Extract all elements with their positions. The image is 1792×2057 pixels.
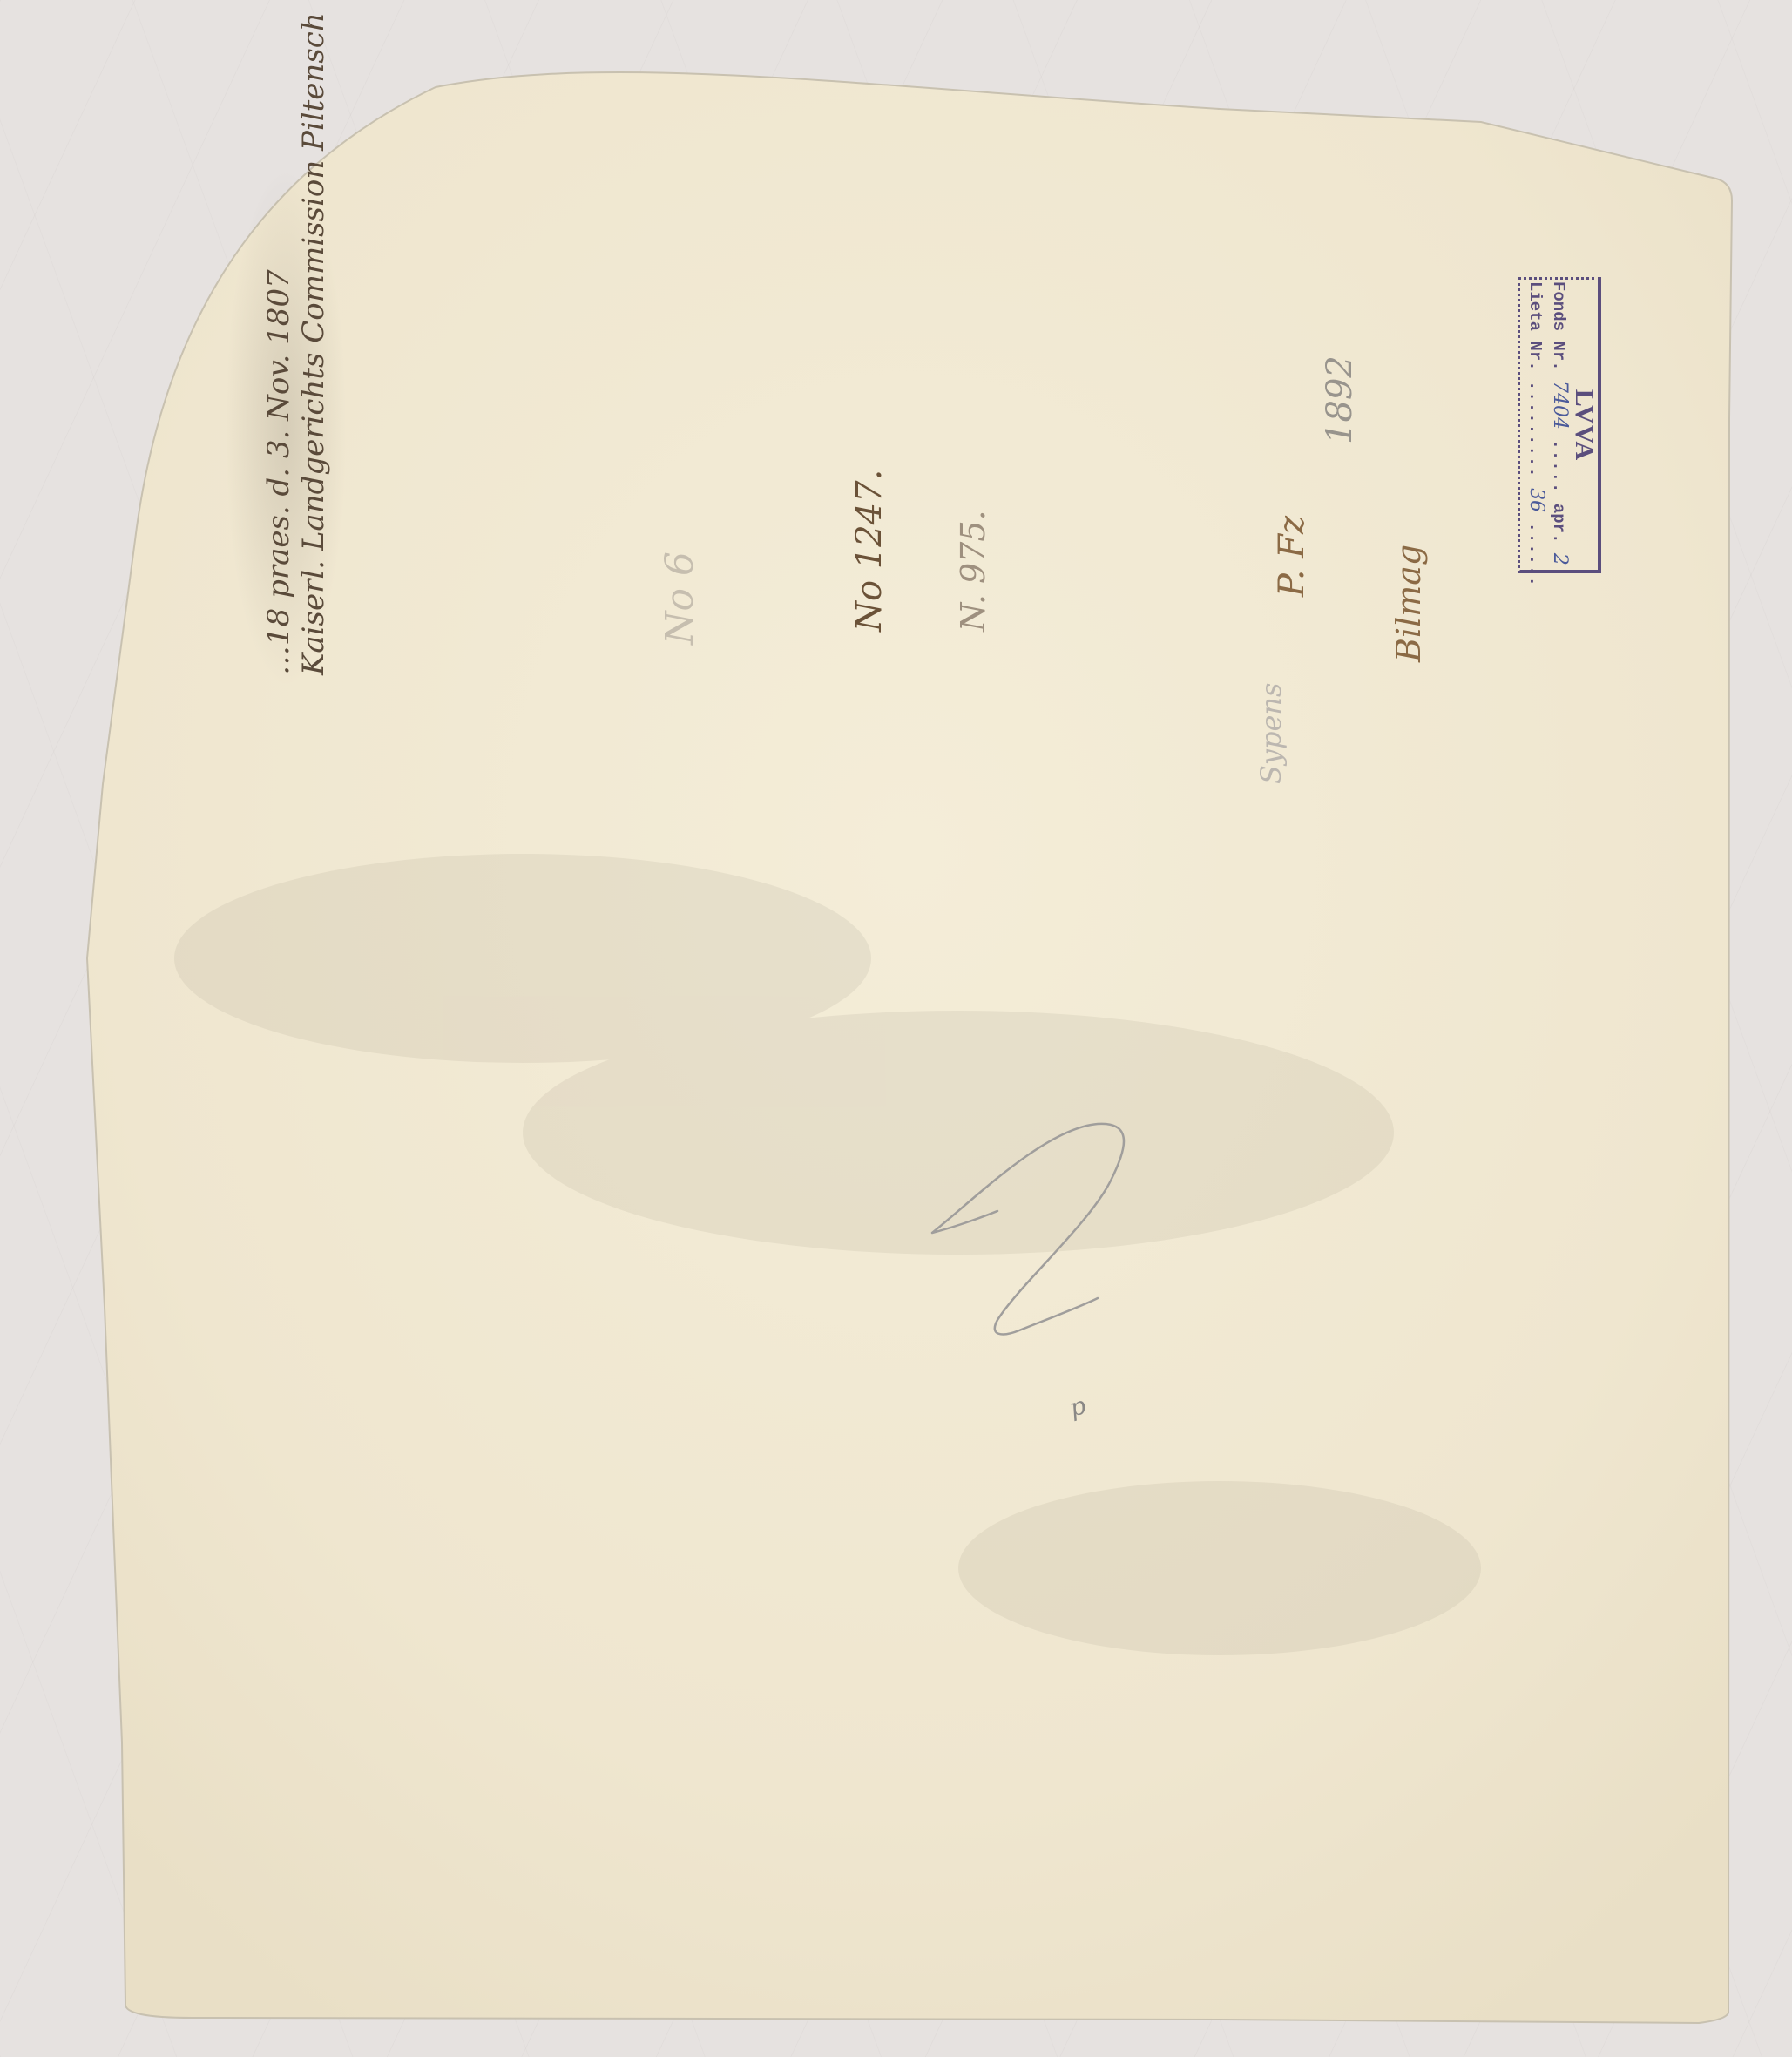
document-number-secondary: N. 975.: [954, 510, 992, 632]
ink-name-note: Bilmag: [1390, 545, 1428, 662]
stamp-archive-name: LVVA: [1571, 281, 1597, 569]
stamp-apr-value: 2: [1549, 552, 1571, 565]
annotations-layer: …18 praes. d. 3. Nov. 1807 Kaiserl. Land…: [0, 0, 1792, 2057]
stamp-apr-label: apr.: [1549, 503, 1568, 543]
stamp-lieta-value: 36: [1525, 488, 1547, 512]
stamp-dots: .........: [1525, 381, 1545, 478]
faint-number: No 6: [658, 551, 702, 645]
pencil-numeral-2-icon: [923, 1102, 1133, 1346]
stamp-lieta-label: Lieta Nr.: [1525, 281, 1545, 371]
pencil-small-mark: p: [1066, 1391, 1089, 1423]
pencil-year-note: 1892: [1320, 355, 1360, 444]
stamp-fonds-value: 7404: [1549, 381, 1571, 430]
stamp-dots: ......: [1525, 522, 1545, 586]
left-note-line-1: …18 praes. d. 3. Nov. 1807: [261, 12, 296, 675]
archive-stamp: LVVA Fonds Nr. 7404 ..... apr. 2 Lieta N…: [1518, 277, 1601, 573]
stamp-fonds-label: Fonds Nr.: [1549, 281, 1568, 371]
stamp-lieta-line: Lieta Nr. ......... 36 ......: [1524, 281, 1547, 569]
document-number-primary: No 1247.: [849, 470, 889, 632]
stamp-content: LVVA Fonds Nr. 7404 ..... apr. 2 Lieta N…: [1522, 281, 1597, 569]
stamp-dots: .....: [1549, 439, 1568, 493]
stamp-fonds-line: Fonds Nr. 7404 ..... apr. 2: [1547, 281, 1571, 569]
left-note-line-2: Kaiserl. Landgerichts Commission Piltens…: [296, 12, 331, 675]
left-margin-note: …18 praes. d. 3. Nov. 1807 Kaiserl. Land…: [261, 12, 331, 675]
faint-bleedthrough-note: Sypens: [1254, 683, 1288, 784]
ink-initials-note: P. Fz: [1272, 516, 1312, 597]
